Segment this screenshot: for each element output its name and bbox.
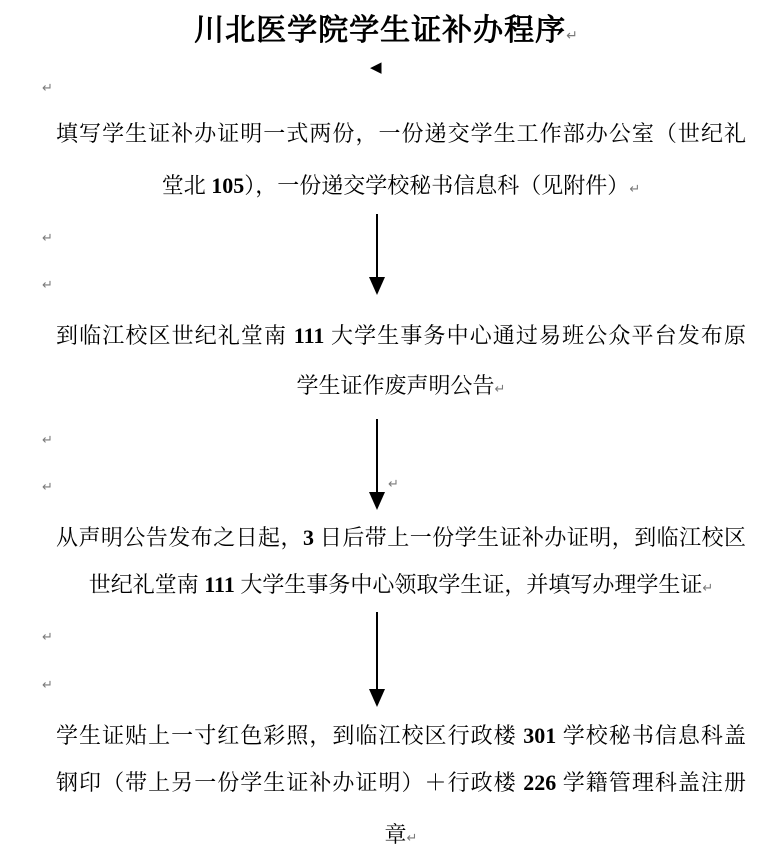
step-2-line-2: 学生证作废声明公告↵	[56, 371, 746, 401]
paragraph-mark: ↵	[42, 82, 53, 96]
paragraph-mark: ↵	[42, 279, 53, 293]
flow-arrow-down	[369, 214, 385, 295]
paragraph-mark: ↵	[566, 28, 578, 44]
step-4-line-1: 学生证贴上一寸红色彩照，到临江校区行政楼 301 学校秘书信息科盖	[56, 721, 746, 751]
document-page: 川北医学院学生证补办程序↵ ◀ ↵ ↵ ↵ ↵ ↵ ↵ ↵ ↵ 填写学生证补办证…	[0, 0, 772, 857]
step-3-line-1: 从声明公告发布之日起，3 日后带上一份学生证补办证明，到临江校区	[56, 523, 746, 553]
flow-arrow-down	[369, 612, 385, 707]
step-4-line-2: 钢印（带上另一份学生证补办证明）＋行政楼 226 学籍管理科盖注册	[56, 768, 746, 798]
paragraph-mark: ↵	[702, 581, 713, 596]
step-2-line-1: 到临江校区世纪礼堂南 111 大学生事务中心通过易班公众平台发布原	[56, 321, 746, 351]
step-1-line-2: 堂北 105），一份递交学校秘书信息科（见附件）↵	[56, 171, 746, 201]
paragraph-mark: ↵	[42, 232, 53, 246]
arrow-head-icon	[369, 492, 385, 510]
arrow-shaft	[376, 419, 378, 492]
step-1-line-1: 填写学生证补办证明一式两份，一份递交学生工作部办公室（世纪礼	[56, 119, 746, 149]
paragraph-mark: ↵	[42, 631, 53, 645]
arrow-shaft	[376, 612, 378, 689]
paragraph-mark: ↵	[407, 831, 418, 846]
arrow-shaft	[376, 214, 378, 277]
flow-arrow-down	[369, 419, 385, 510]
arrow-head-icon	[369, 689, 385, 707]
paragraph-mark: ↵	[42, 679, 53, 693]
page-title: 川北医学院学生证补办程序↵	[0, 12, 772, 50]
arrow-head-icon	[369, 277, 385, 295]
paragraph-mark: ↵	[629, 182, 640, 197]
paragraph-mark: ↵	[42, 434, 53, 448]
step-4-line-3: 章↵	[56, 820, 746, 850]
paragraph-mark: ↵	[495, 382, 506, 397]
anchor-triangle-icon: ◀	[370, 58, 382, 76]
step-3-line-2: 世纪礼堂南 111 大学生事务中心领取学生证，并填写办理学生证↵	[56, 570, 746, 600]
paragraph-mark: ↵	[42, 481, 53, 495]
paragraph-mark: ↵	[388, 478, 399, 492]
